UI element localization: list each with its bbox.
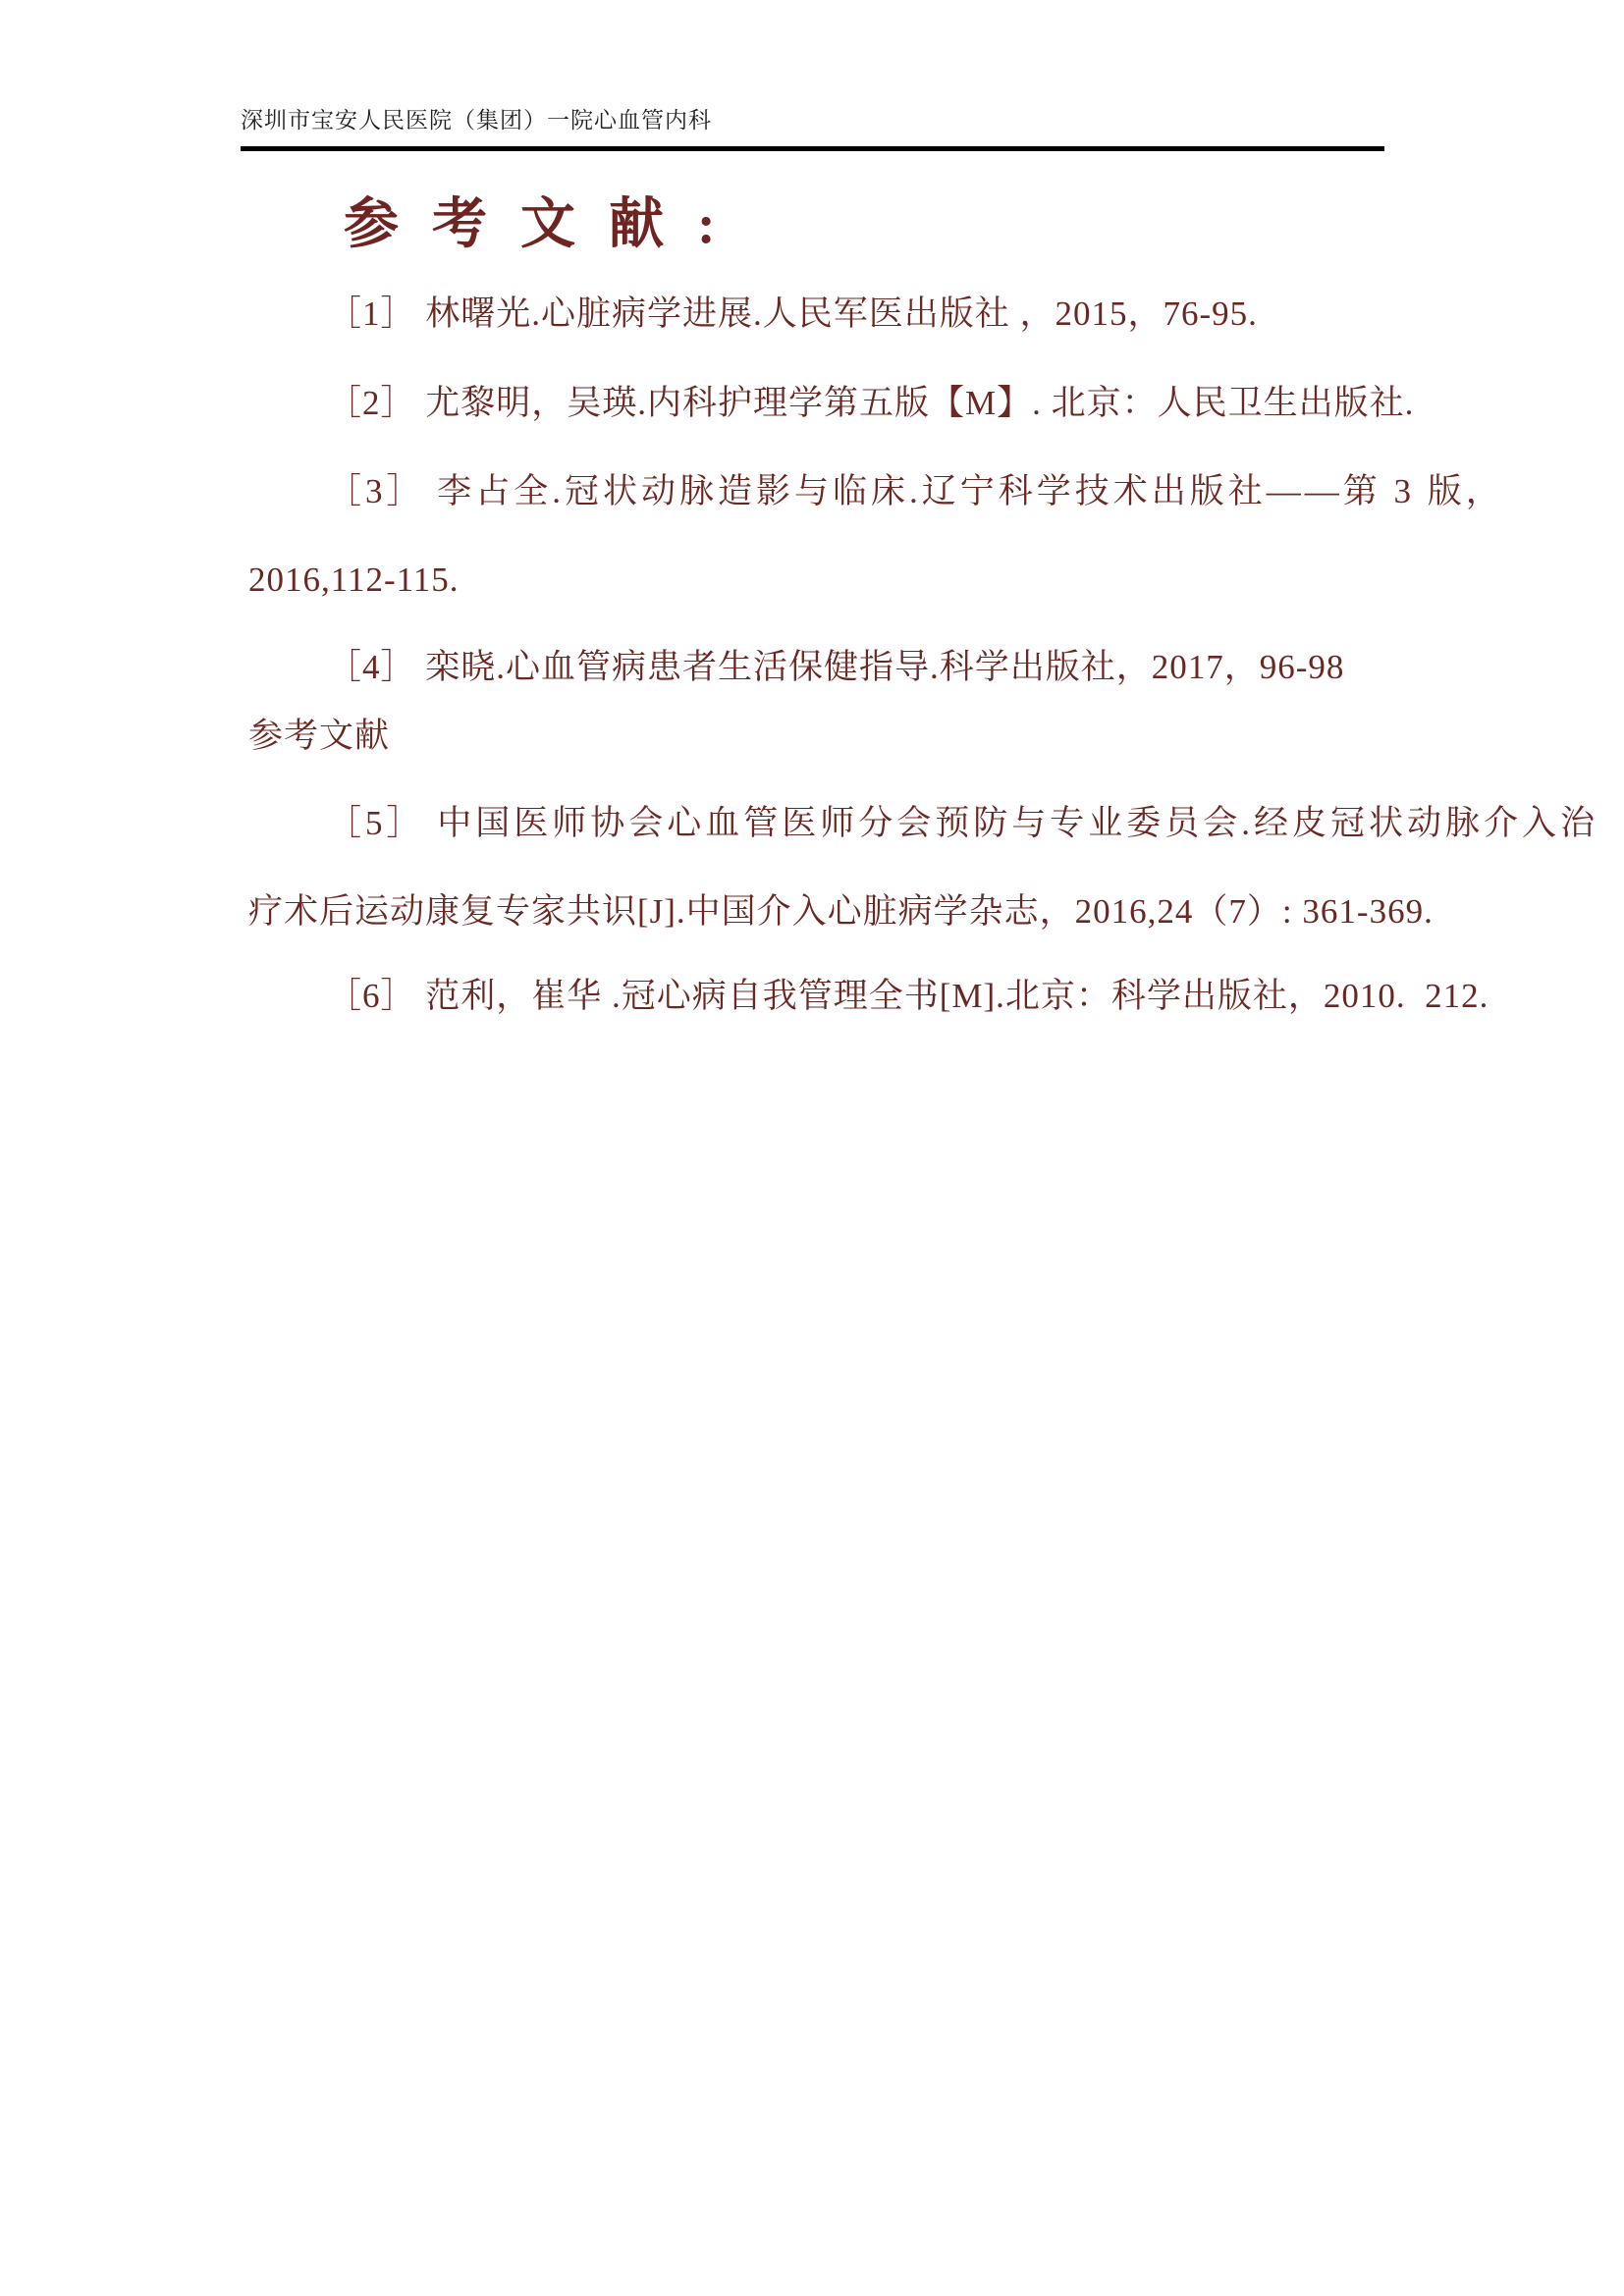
reference-item-3-line-2: 2016,112-115. xyxy=(248,558,460,603)
references-title: 参考文献: xyxy=(344,192,749,257)
document-page: 深圳市宝安人民医院（集团）一院心血管内科 参考文献: ［1］ 林曙光.心脏病学进… xyxy=(0,0,1624,2296)
reference-item-2: ［2］ 尤黎明，吴瑛.内科护理学第五版【M】. 北京：人民卫生出版社. xyxy=(327,381,1414,426)
reference-item-6: ［6］ 范利，崔华 .冠心病自我管理全书[M].北京：科学出版社，2010. 2… xyxy=(327,974,1489,1019)
reference-item-5-line-2: 疗术后运动康复专家共识[J].中国介入心脏病学杂志，2016,24（7）: 36… xyxy=(248,889,1434,934)
reference-item-3-line-1: ［3］ 李占全.冠状动脉造影与临床.辽宁科学技术出版社——第 3 版， xyxy=(327,469,1504,514)
page-header-text: 深圳市宝安人民医院（集团）一院心血管内科 xyxy=(241,106,712,135)
reference-item-4: ［4］ 栾晓.心血管病患者生活保健指导.科学出版社，2017，96-98 xyxy=(327,645,1344,690)
header-rule xyxy=(241,146,1384,151)
references-sub-heading: 参考文献 xyxy=(248,714,390,759)
reference-item-1: ［1］ 林曙光.心脏病学进展.人民军医出版社 ，2015，76-95. xyxy=(327,292,1258,337)
reference-item-5-line-1: ［5］ 中国医师协会心血管医师分会预防与专业委员会.经皮冠状动脉介入治 xyxy=(327,801,1598,846)
